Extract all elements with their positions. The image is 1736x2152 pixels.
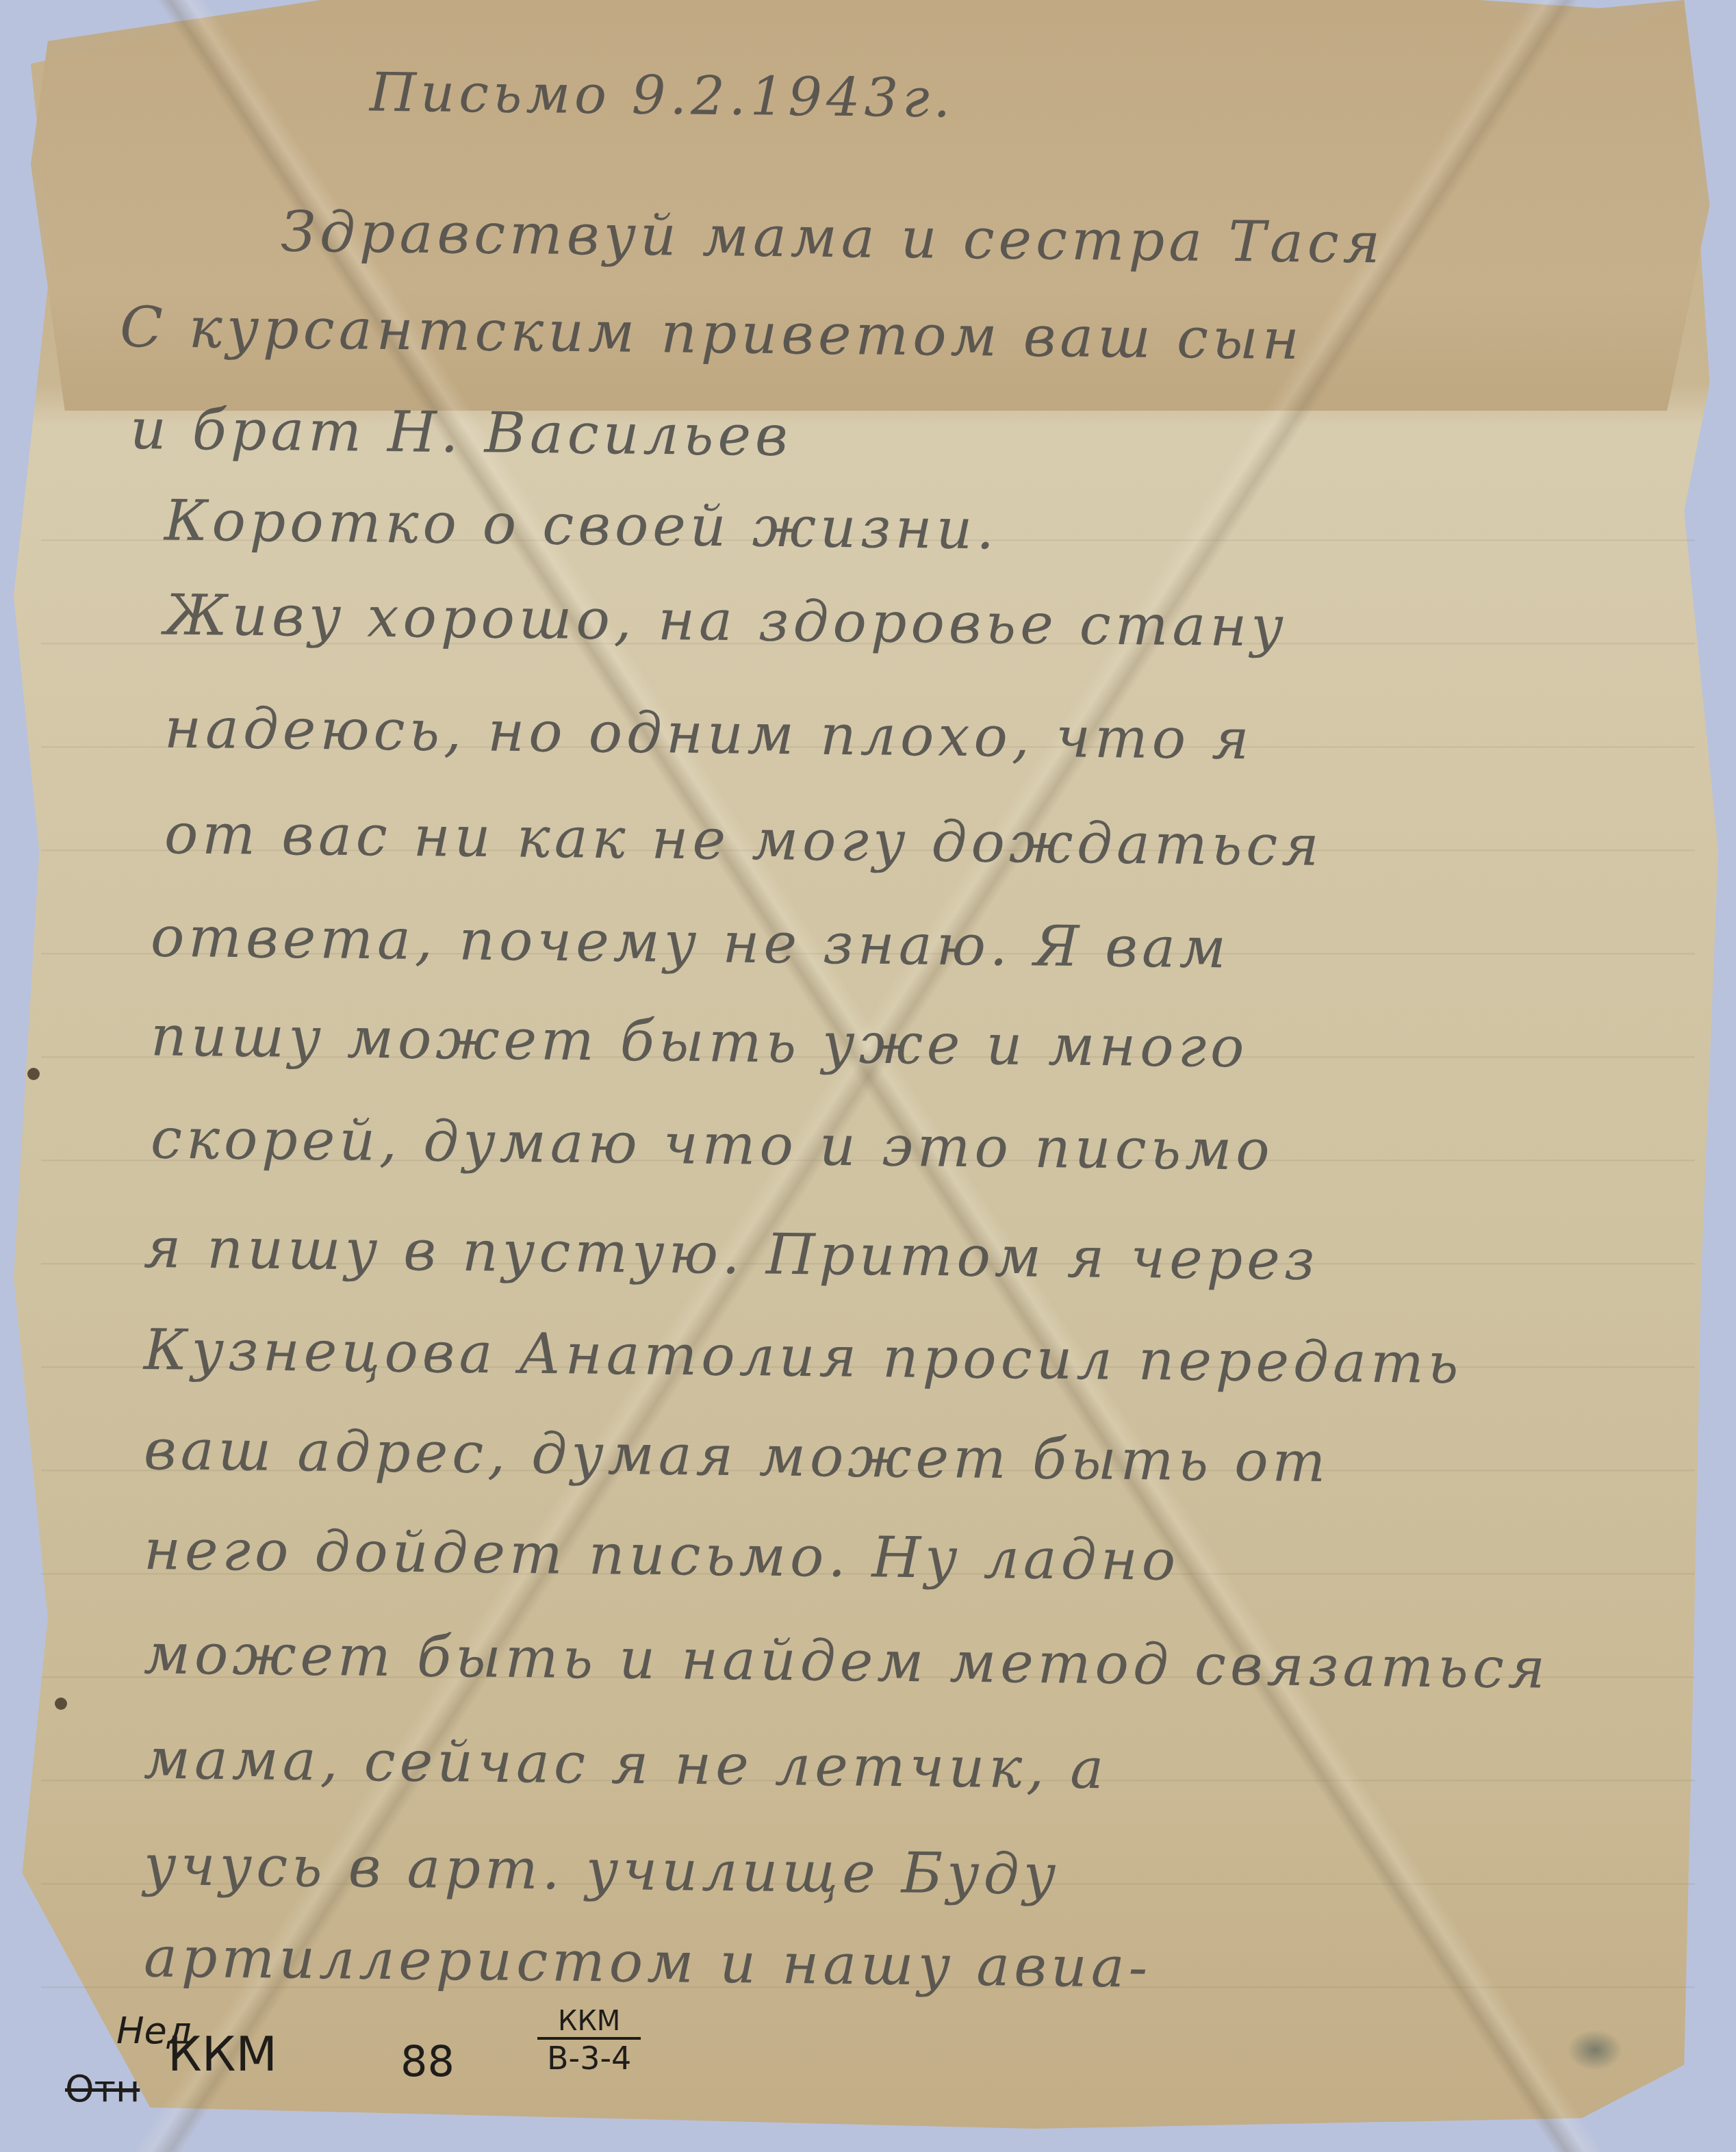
- letter-line: Живу хорошо, на здоровье стану: [164, 582, 1288, 659]
- paper-hole: [55, 1698, 67, 1710]
- letter-line: учусь в арт. училище Буду: [144, 1833, 1060, 1908]
- censor-fraction-top: ККМ: [537, 2006, 641, 2040]
- letter-line: ваш адрес, думая может быть от: [144, 1418, 1330, 1495]
- letter-line: него дойдет письмо. Ну ладно: [144, 1517, 1180, 1593]
- censor-fraction-bottom: В-3-4: [537, 2040, 641, 2077]
- letter-line: С курсантским приветом ваш сын: [120, 295, 1304, 372]
- letter-line: Здравствуй мама и сестра Тася: [281, 200, 1385, 277]
- ink-smudge: [1568, 2029, 1622, 2071]
- letter-line: от вас ни как не могу дождаться: [164, 802, 1324, 879]
- letter-line: и брат Н. Васильев: [130, 397, 793, 469]
- letter-line: Кузнецова Анатолия просил передать: [144, 1318, 1463, 1396]
- censor-mark-number: 88: [400, 2036, 455, 2086]
- letter-line: пишу может быть уже и много: [151, 1004, 1249, 1081]
- letter-line: мама, сейчас я не летчик, а: [144, 1727, 1108, 1802]
- letter-line: я пишу в пустую. Притом я через: [144, 1216, 1320, 1293]
- letter-line: надеюсь, но одним плохо, что я: [164, 696, 1253, 773]
- censor-mark-fraction: ККМ В-3-4: [537, 2006, 641, 2077]
- letter-line: скорей, думаю что и это письмо: [151, 1106, 1275, 1183]
- paper-hole: [27, 1068, 40, 1080]
- letter-date-line: Письмо 9.2.1943г.: [370, 62, 955, 130]
- censor-mark-strikethrough: Отн: [65, 2067, 140, 2110]
- letter-line: артиллеристом и нашу авиа-: [144, 1925, 1152, 2000]
- letter-line: Коротко о своей жизни.: [164, 489, 999, 563]
- letter-line: ответа, почему не знаю. Я вам: [151, 905, 1231, 982]
- censor-mark-main: ККМ: [168, 2026, 277, 2082]
